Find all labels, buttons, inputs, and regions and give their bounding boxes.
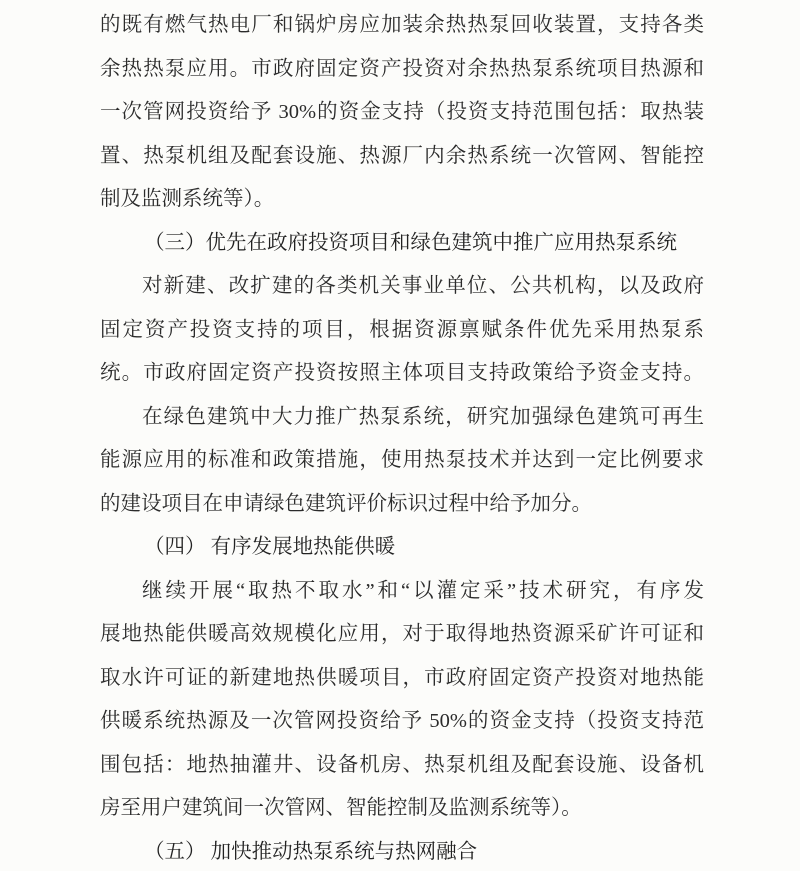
body-line: 一次管网投资给予 30%的资金支持（投资支持范围包括：取热装 (100, 91, 704, 135)
body-line: 供暖系统热源及一次管网投资给予 50%的资金支持（投资支持范 (100, 700, 704, 744)
body-line: 展地热能供暖高效规模化应用，对于取得地热资源采矿许可证和 (100, 613, 704, 657)
section-heading-4: （四） 有序发展地热能供暖 (100, 526, 704, 570)
body-line: 围包括：地热抽灌井、设备机房、热泵机组及配套设施、设备机 (100, 744, 704, 788)
section-heading-3: （三）优先在政府投资项目和绿色建筑中推广应用热泵系统 (100, 222, 704, 266)
body-line: 置、热泵机组及配套设施、热源厂内余热系统一次管网、智能控 (100, 135, 704, 179)
body-line-paragraph-start: 对新建、改扩建的各类机关事业单位、公共机构，以及政府 (100, 265, 704, 309)
body-line: 的既有燃气热电厂和锅炉房应加装余热热泵回收装置，支持各类 (100, 4, 704, 48)
body-line: 余热热泵应用。市政府固定资产投资对余热热泵系统项目热源和 (100, 48, 704, 92)
body-line: 统。市政府固定资产投资按照主体项目支持政策给予资金支持。 (100, 352, 704, 396)
body-line: 能源应用的标准和政策措施，使用热泵技术并达到一定比例要求 (100, 439, 704, 483)
body-line-paragraph-end: 的建设项目在申请绿色建筑评价标识过程中给予加分。 (100, 483, 704, 527)
body-line-paragraph-start: 继续开展“取热不取水”和“以灌定采”技术研究，有序发 (100, 570, 704, 614)
document-page: 的既有燃气热电厂和锅炉房应加装余热热泵回收装置，支持各类 余热热泵应用。市政府固… (0, 0, 800, 871)
body-line-paragraph-end: 制及监测系统等）。 (100, 178, 704, 222)
section-heading-5: （五） 加快推动热泵系统与热网融合 (100, 831, 704, 871)
body-line-paragraph-start: 在绿色建筑中大力推广热泵系统，研究加强绿色建筑可再生 (100, 396, 704, 440)
document-text-block: 的既有燃气热电厂和锅炉房应加装余热热泵回收装置，支持各类 余热热泵应用。市政府固… (100, 0, 704, 871)
body-line-paragraph-end: 房至用户建筑间一次管网、智能控制及监测系统等）。 (100, 787, 704, 831)
body-line: 取水许可证的新建地热供暖项目，市政府固定资产投资对地热能 (100, 657, 704, 701)
body-line: 固定资产投资支持的项目，根据资源禀赋条件优先采用热泵系 (100, 309, 704, 353)
